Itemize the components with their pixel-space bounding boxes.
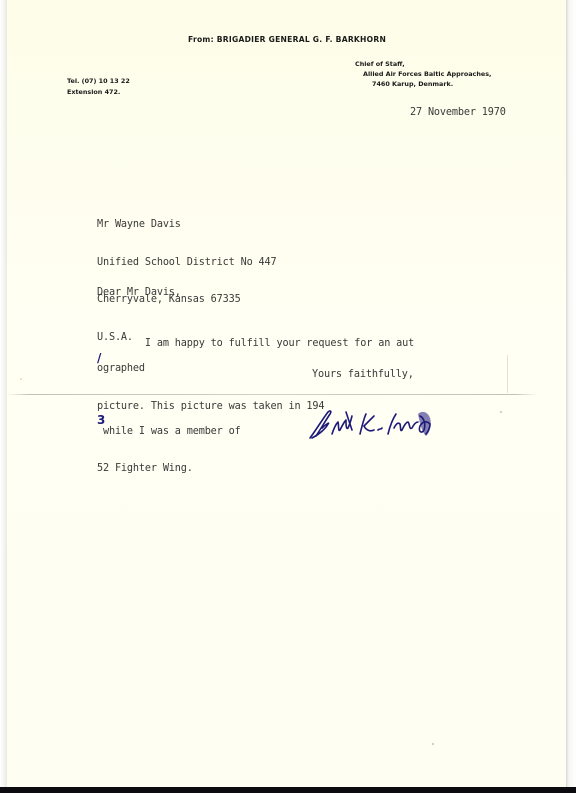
scan-left-margin: [0, 0, 7, 793]
scan-bottom-edge: [0, 787, 576, 793]
letterhead-position-organization: Allied Air Forces Baltic Approaches,: [355, 69, 491, 79]
letter-body: I am happy to fulfill your request for a…: [97, 313, 414, 488]
letterhead-from: From: BRIGADIER GENERAL G. F. BARKHORN: [188, 35, 386, 44]
paper-speck: [432, 743, 434, 745]
paper-speck: [500, 411, 502, 413]
letter-date: 27 November 1970: [410, 107, 506, 118]
letterhead-position-location: 7460 Karup, Denmark.: [355, 79, 491, 89]
handwritten-correction: /: [97, 352, 414, 365]
body-line-1-text: I am happy to fulfill your request for a…: [97, 338, 414, 351]
signature-icon: [306, 404, 436, 446]
paper-speck: [20, 378, 22, 380]
body-line-3-text: 52 Fighter Wing.: [97, 463, 414, 476]
letterhead-position-title: Chief of Staff,: [355, 59, 491, 69]
recipient-name: Mr Wayne Davis: [97, 219, 277, 232]
closing: Yours faithfully,: [312, 369, 414, 380]
scan-right-margin: [566, 0, 576, 793]
letterhead-position: Chief of Staff, Allied Air Forces Baltic…: [355, 59, 491, 89]
salutation: Dear Mr Davis,: [97, 287, 181, 298]
paper-crease: [507, 355, 508, 393]
letterhead-extension: Extension 472.: [67, 87, 130, 98]
letterhead-telephone: Tel. (07) 10 13 22: [67, 76, 130, 87]
letterhead-phone: Tel. (07) 10 13 22 Extension 472.: [67, 76, 130, 98]
recipient-organization: Unified School District No 447: [97, 257, 277, 270]
body-line-3: 52 Fighter Wing.: [97, 463, 414, 476]
